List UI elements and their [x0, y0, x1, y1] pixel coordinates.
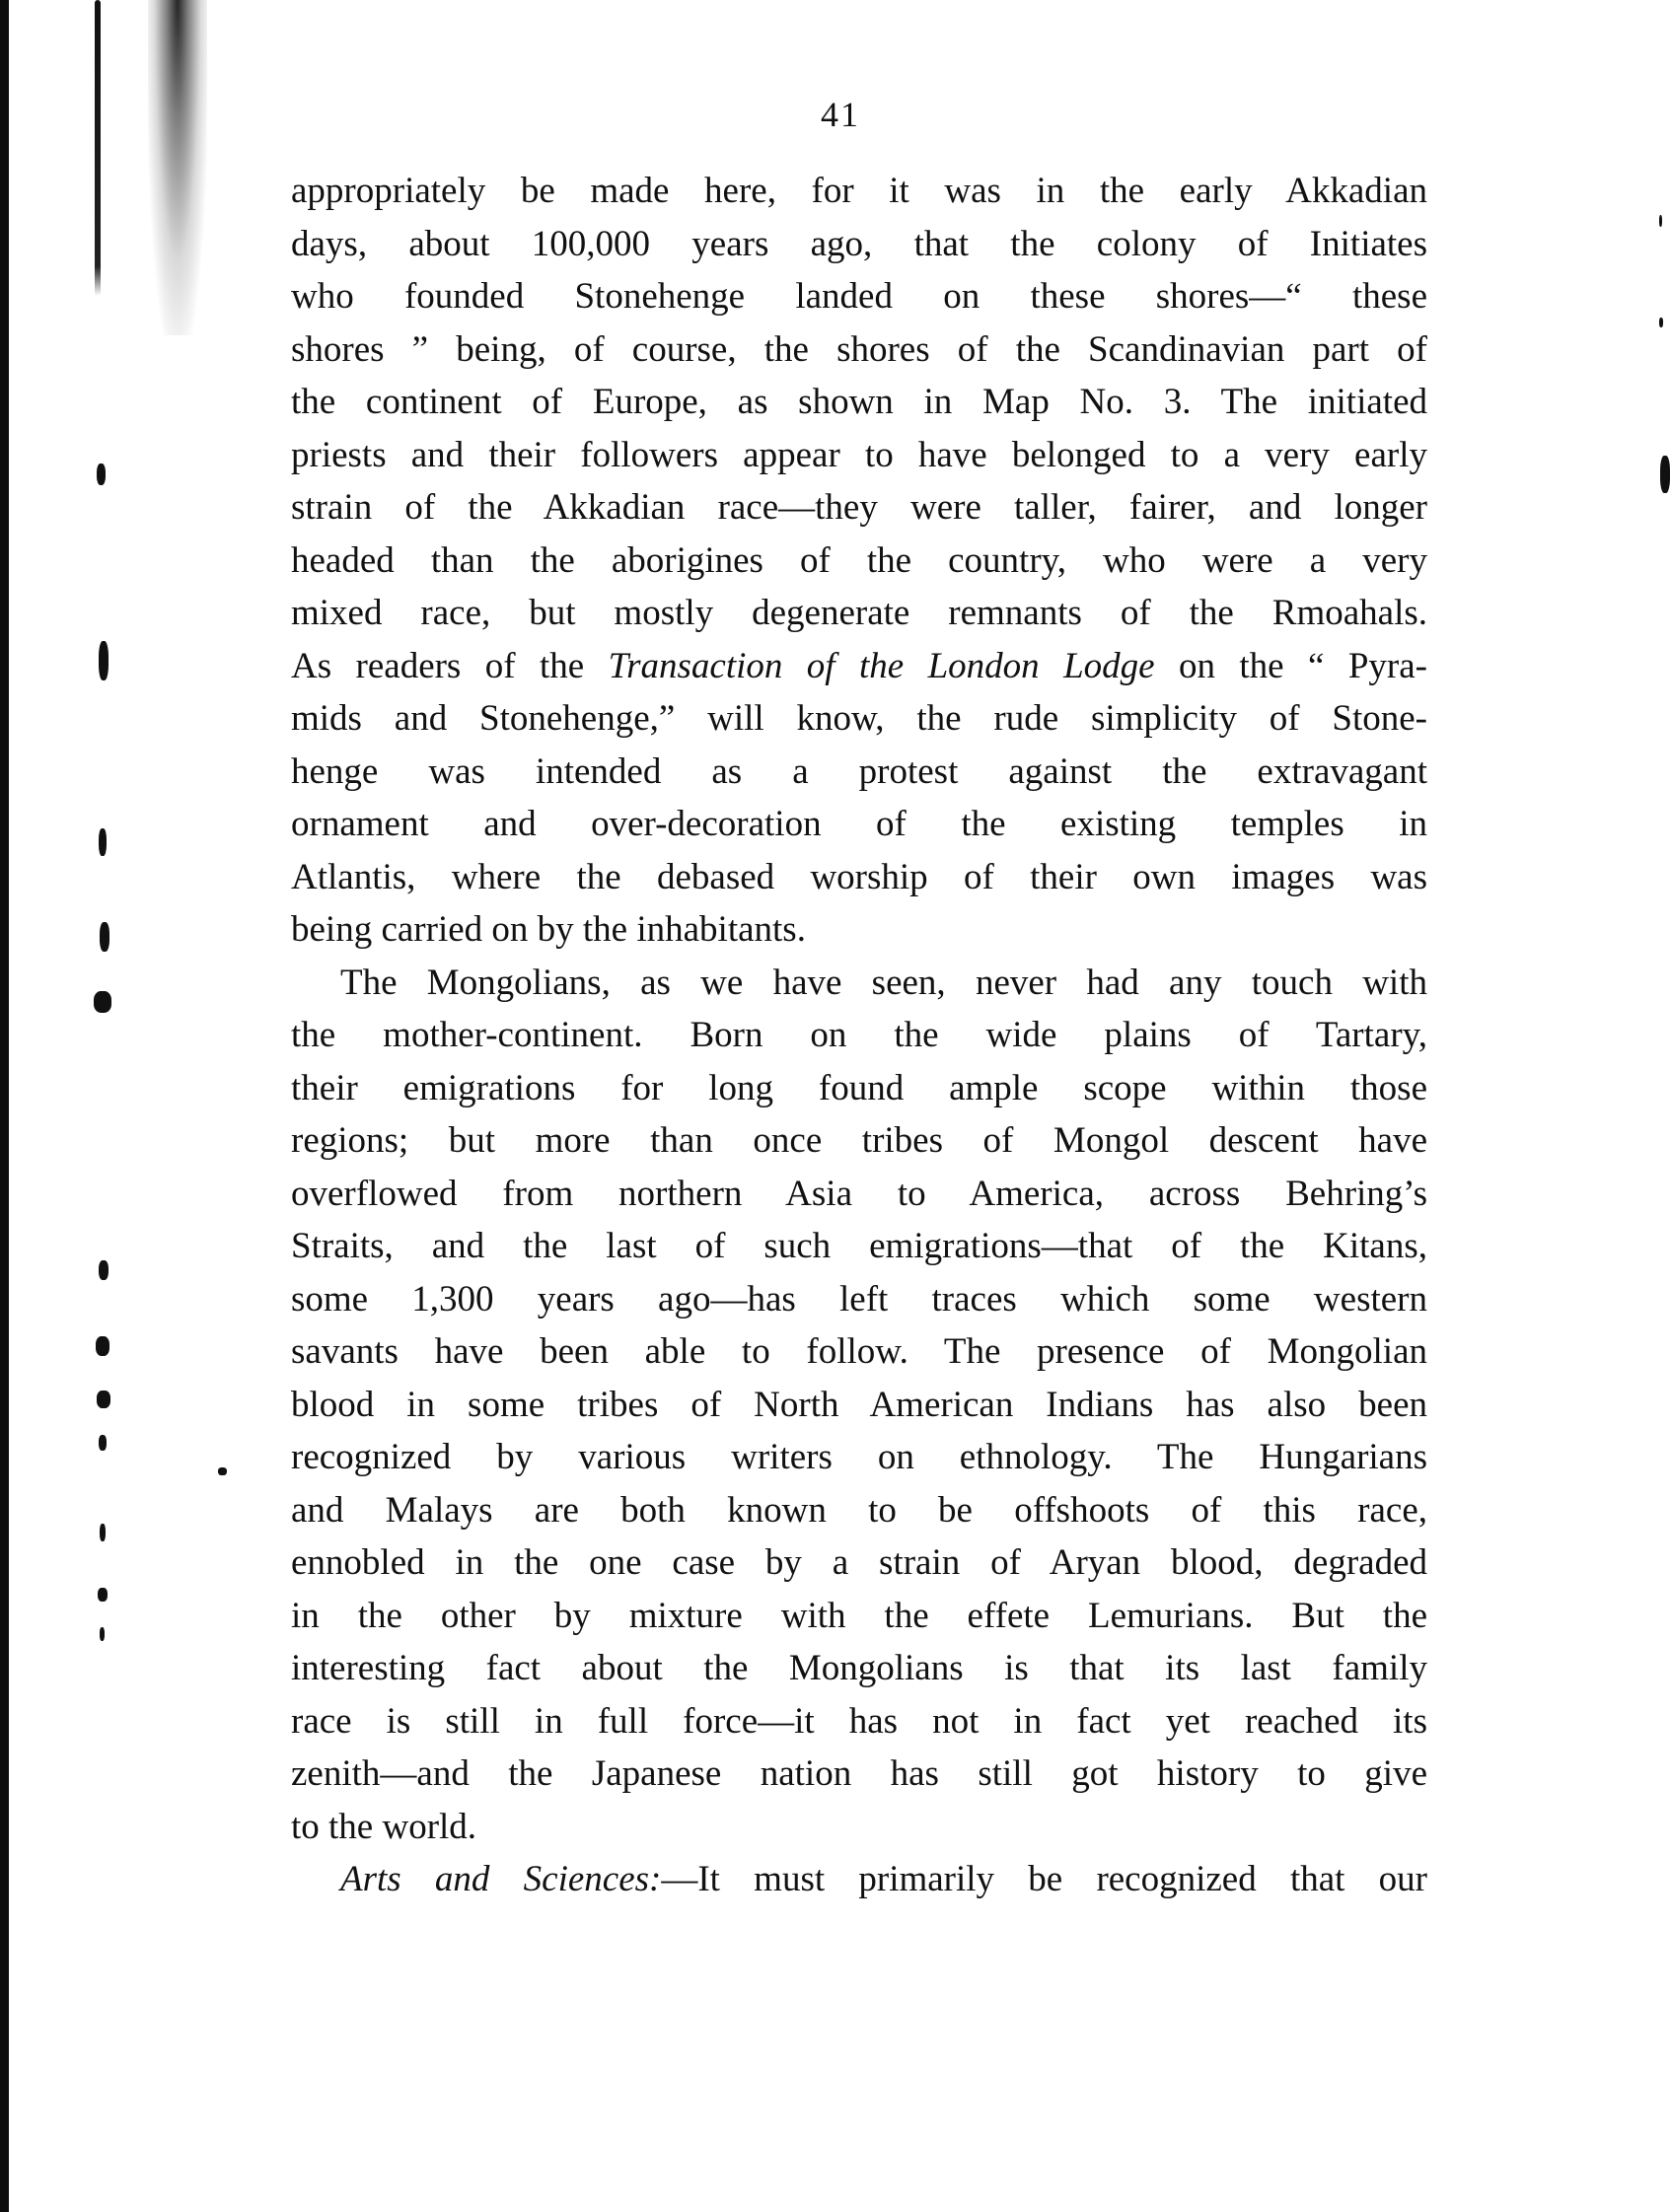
scan-speck: [1660, 456, 1670, 493]
text-line: Atlantis, where the debased worship of t…: [291, 851, 1427, 904]
text-line: strain of the Akkadian race—they were ta…: [291, 481, 1427, 535]
section-heading: Arts and Sciences:: [340, 1859, 661, 1899]
citation-after: on the “ Pyra-: [1155, 646, 1427, 686]
text-line: overflowed from northern Asia to America…: [291, 1168, 1427, 1221]
text-line: interesting fact about the Mongolians is…: [291, 1642, 1427, 1695]
text-line: headed than the aborigines of the countr…: [291, 535, 1427, 588]
scan-speck: [98, 1588, 108, 1602]
text-line: shores ” being, of course, the shores of…: [291, 323, 1427, 377]
text-line: regions; but more than once tribes of Mo…: [291, 1114, 1427, 1168]
text-line: days, about 100,000 years ago, that the …: [291, 218, 1427, 271]
text-line: ornament and over-decoration of the exis…: [291, 798, 1427, 851]
citation-before: As readers of the: [291, 646, 609, 686]
text-line: being carried on by the inhabitants.: [291, 903, 1427, 957]
text-line: mids and Stonehenge,” will know, the rud…: [291, 692, 1427, 746]
scan-speck: [99, 828, 107, 856]
body-text: appropriately be made here, for it was i…: [291, 165, 1427, 1906]
section-heading-line: Arts and Sciences:—It must primarily be …: [291, 1853, 1427, 1906]
scan-speck: [100, 1524, 106, 1541]
text-line: to the world.: [291, 1801, 1427, 1854]
text-line: in the other by mixture with the effete …: [291, 1590, 1427, 1643]
text-line: their emigrations for long found ample s…: [291, 1062, 1427, 1115]
text-line: savants have been able to follow. The pr…: [291, 1325, 1427, 1379]
page-number: 41: [821, 97, 860, 132]
scan-speck: [94, 991, 111, 1013]
text-line: recognized by various writers on ethnolo…: [291, 1431, 1427, 1484]
text-line: henge was intended as a protest against …: [291, 746, 1427, 799]
scan-speck: [99, 641, 109, 680]
scan-speck: [100, 922, 109, 952]
text-line: appropriately be made here, for it was i…: [291, 165, 1427, 218]
scan-binding-edge: [0, 0, 9, 2212]
text-line: priests and their followers appear to ha…: [291, 429, 1427, 482]
text-line: race is still in full force—it has not i…: [291, 1695, 1427, 1748]
text-line: blood in some tribes of North American I…: [291, 1379, 1427, 1432]
scan-speck: [97, 1391, 110, 1408]
scan-speck: [99, 1435, 107, 1451]
text-line: some 1,300 years ago—has left traces whi…: [291, 1273, 1427, 1326]
citation-title: Transaction of the London Lodge: [609, 646, 1155, 686]
scan-speck: [1659, 215, 1662, 227]
text-line: zenith—and the Japanese nation has still…: [291, 1748, 1427, 1801]
text-line: who founded Stonehenge landed on these s…: [291, 270, 1427, 323]
text-line-citation: As readers of the Transaction of the Lon…: [291, 640, 1427, 693]
text-line: the continent of Europe, as shown in Map…: [291, 376, 1427, 429]
text-line: the mother-continent. Born on the wide p…: [291, 1009, 1427, 1062]
scan-binding-shadow: [148, 0, 207, 335]
scan-speck: [99, 1260, 109, 1280]
scan-speck: [97, 464, 106, 485]
scan-speck: [100, 1627, 105, 1641]
text-line: mixed race, but mostly degenerate remnan…: [291, 587, 1427, 640]
scan-speck: [96, 1336, 109, 1356]
text-line: ennobled in the one case by a strain of …: [291, 1536, 1427, 1590]
scan-speck: [1659, 318, 1663, 327]
text-line: and Malays are both known to be offshoot…: [291, 1484, 1427, 1537]
paragraph-start-line: The Mongolians, as we have seen, never h…: [291, 957, 1427, 1010]
section-text: —It must primarily be recognized that ou…: [661, 1859, 1427, 1899]
scan-speck: [218, 1467, 227, 1475]
text-line: Straits, and the last of such emigration…: [291, 1220, 1427, 1273]
scan-binding-line: [95, 0, 101, 296]
